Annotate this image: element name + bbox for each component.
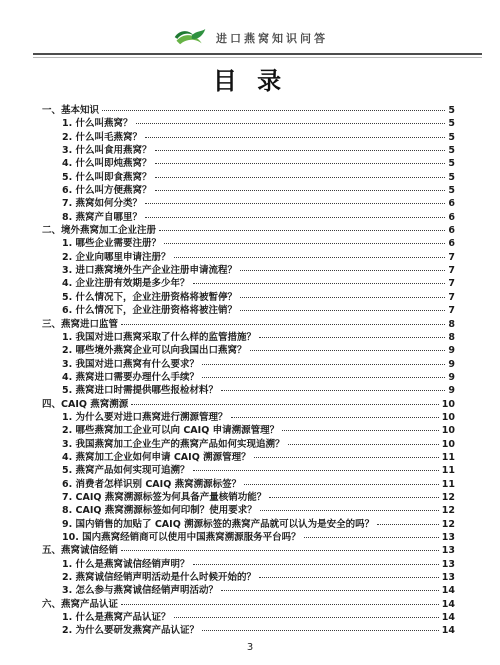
- toc-entry[interactable]: 1. 什么是燕窝诚信经销声明？ 13: [42, 558, 455, 571]
- dot-leader: [121, 324, 445, 325]
- toc-entry-label: 7. 燕窝如何分类？: [62, 197, 142, 210]
- toc-entry[interactable]: 2. 哪些境外燕窝企业可以向我国出口燕窝？ 9: [42, 344, 455, 357]
- toc-entry-label: 6. 什么情况下，企业注册资格将被注销？: [62, 304, 237, 317]
- toc-entry-page: 8: [448, 331, 455, 344]
- toc-entry[interactable]: 六、燕窝产品认证 14: [42, 598, 455, 611]
- dot-leader: [145, 217, 445, 218]
- toc-entry-page: 12: [442, 491, 455, 504]
- dot-leader: [259, 337, 445, 338]
- dot-leader: [155, 190, 446, 191]
- dot-leader: [221, 390, 445, 391]
- toc-entry[interactable]: 8. 燕窝产自哪里？ 6: [42, 211, 455, 224]
- toc-entry-page: 14: [442, 624, 455, 637]
- toc-entry[interactable]: 6. 消费者怎样识别 CAIQ 燕窝溯源标签？ 11: [42, 478, 455, 491]
- dot-leader: [159, 230, 445, 231]
- dot-leader: [254, 457, 439, 458]
- toc-entry-label: 1. 我国对进口燕窝采取了什么样的监管措施？: [62, 331, 256, 344]
- toc-entry-label: 6. 消费者怎样识别 CAIQ 燕窝溯源标签？: [62, 478, 241, 491]
- toc-entry[interactable]: 5. 什么情况下，企业注册资格将被暂停？ 7: [42, 291, 455, 304]
- toc-entry[interactable]: 3. 怎么参与燕窝诚信经销声明活动？ 14: [42, 584, 455, 597]
- toc-entry-label: 四、CAIQ 燕窝溯源: [42, 398, 128, 411]
- toc-entry-page: 14: [442, 584, 455, 597]
- toc-entry-page: 10: [442, 438, 455, 451]
- dot-leader: [145, 203, 445, 204]
- toc-entry[interactable]: 4. 燕窝加工企业如何申请 CAIQ 溯源管理？ 11: [42, 451, 455, 464]
- toc-entry-label: 5. 燕窝进口时需提供哪些报检材料？: [62, 384, 218, 397]
- toc-entry-page: 8: [448, 318, 455, 331]
- toc-entry-label: 2. 为什么要研发燕窝产品认证？: [62, 624, 199, 637]
- dot-leader: [221, 590, 439, 591]
- dot-leader: [136, 123, 446, 124]
- toc-entry-label: 2. 燕窝诚信经销声明活动是什么时候开始的？: [62, 571, 256, 584]
- toc-entry-page: 10: [442, 398, 455, 411]
- dot-leader: [102, 110, 445, 111]
- dot-leader: [121, 604, 439, 605]
- toc-entry-label: 2. 哪些境外燕窝企业可以向我国出口燕窝？: [62, 344, 247, 357]
- toc-entry[interactable]: 4. 什么叫即炖燕窝？ 5: [42, 157, 455, 170]
- toc-entry[interactable]: 1. 什么叫燕窝？ 5: [42, 117, 455, 130]
- toc-entry-page: 12: [442, 504, 455, 517]
- toc-entry-label: 3. 我国燕窝加工企业生产的燕窝产品如何实现追溯？: [62, 438, 285, 451]
- toc-entry[interactable]: 2. 企业向哪里申请注册？ 7: [42, 251, 455, 264]
- toc-entry[interactable]: 三、燕窝进口监管 8: [42, 318, 455, 331]
- dot-leader: [121, 550, 439, 551]
- toc-entry-label: 六、燕窝产品认证: [42, 598, 118, 611]
- toc-entry[interactable]: 1. 哪些企业需要注册？ 6: [42, 237, 455, 250]
- dot-leader: [164, 243, 445, 244]
- toc-entry-label: 4. 企业注册有效期是多少年？: [62, 277, 190, 290]
- toc-entry-page: 6: [448, 224, 455, 237]
- toc-entry[interactable]: 3. 进口燕窝境外生产企业注册申请流程？ 7: [42, 264, 455, 277]
- dot-leader: [155, 150, 446, 151]
- toc-entry-page: 7: [448, 264, 455, 277]
- toc-entry-label: 3. 什么叫食用燕窝？: [62, 144, 152, 157]
- toc-entry-label: 2. 哪些燕窝加工企业可以向 CAIQ 申请溯源管理？: [62, 424, 279, 437]
- toc-entry-label: 5. 什么情况下，企业注册资格将被暂停？: [62, 291, 237, 304]
- toc-entry[interactable]: 7. CAIQ 燕窝溯源标签为何具备产量核销功能？ 12: [42, 491, 455, 504]
- dot-leader: [202, 630, 439, 631]
- toc-entry-page: 13: [442, 531, 455, 544]
- toc-entry-label: 8. CAIQ 燕窝溯源标签如何印制？使用要求？: [62, 504, 257, 517]
- toc-entry-page: 5: [448, 131, 455, 144]
- toc-entry-page: 13: [442, 571, 455, 584]
- document-page: 进口燕窝知识问答 目 录 一、基本知识 5 1. 什么叫燕窝？ 5 2. 什么叫…: [0, 0, 500, 665]
- toc-entry-label: 9. 国内销售的加贴了 CAIQ 溯源标签的燕窝产品就可以认为是安全的吗？: [62, 518, 374, 531]
- toc-entry-label: 3. 怎么参与燕窝诚信经销声明活动？: [62, 584, 218, 597]
- brand-title: 进口燕窝知识问答: [216, 30, 328, 46]
- toc-entry-page: 5: [448, 144, 455, 157]
- toc-entry-label: 2. 企业向哪里申请注册？: [62, 251, 171, 264]
- toc-entry-label: 3. 我国对进口燕窝有什么要求？: [62, 358, 199, 371]
- header-divider: [33, 53, 482, 58]
- page-header: 进口燕窝知识问答: [0, 0, 500, 49]
- dot-leader: [145, 137, 445, 138]
- toc-entry[interactable]: 3. 我国燕窝加工企业生产的燕窝产品如何实现追溯？ 10: [42, 438, 455, 451]
- toc-entry-page: 7: [448, 251, 455, 264]
- toc-entry-page: 9: [448, 371, 455, 384]
- dot-leader: [240, 270, 445, 271]
- toc-entry-label: 3. 进口燕窝境外生产企业注册申请流程？: [62, 264, 237, 277]
- dot-leader: [282, 430, 439, 431]
- toc-entry-page: 9: [448, 344, 455, 357]
- toc-entry[interactable]: 5. 燕窝产品如何实现可追溯？ 11: [42, 464, 455, 477]
- toc-entry-label: 1. 什么叫燕窝？: [62, 117, 133, 130]
- dot-leader: [240, 310, 445, 311]
- dot-leader: [244, 484, 439, 485]
- toc-entry[interactable]: 1. 为什么要对进口燕窝进行溯源管理？ 10: [42, 411, 455, 424]
- toc-entry-page: 6: [448, 211, 455, 224]
- toc-entry[interactable]: 6. 什么叫方便燕窝？ 5: [42, 184, 455, 197]
- dot-leader: [155, 177, 446, 178]
- toc-entry[interactable]: 2. 哪些燕窝加工企业可以向 CAIQ 申请溯源管理？ 10: [42, 424, 455, 437]
- dot-leader: [174, 617, 439, 618]
- dot-leader: [250, 350, 446, 351]
- toc-entry-page: 6: [448, 197, 455, 210]
- toc-entry-label: 8. 燕窝产自哪里？: [62, 211, 142, 224]
- toc-entry-page: 5: [448, 117, 455, 130]
- toc-entry[interactable]: 1. 我国对进口燕窝采取了什么样的监管措施？ 8: [42, 331, 455, 344]
- toc-entry[interactable]: 7. 燕窝如何分类？ 6: [42, 197, 455, 210]
- toc-entry-page: 13: [442, 544, 455, 557]
- toc-entry-label: 4. 什么叫即炖燕窝？: [62, 157, 152, 170]
- dot-leader: [131, 404, 439, 405]
- toc-entry[interactable]: 6. 什么情况下，企业注册资格将被注销？ 7: [42, 304, 455, 317]
- toc-entry-label: 5. 什么叫即食燕窝？: [62, 171, 152, 184]
- toc-entry-page: 5: [448, 184, 455, 197]
- toc-entry-label: 5. 燕窝产品如何实现可追溯？: [62, 464, 190, 477]
- dot-leader: [202, 364, 445, 365]
- toc-entry-label: 1. 哪些企业需要注册？: [62, 237, 161, 250]
- toc-entry[interactable]: 2. 什么叫毛燕窝？ 5: [42, 131, 455, 144]
- page-number: 3: [0, 642, 500, 653]
- toc-entry-page: 5: [448, 157, 455, 170]
- toc-entry[interactable]: 一、基本知识 5: [42, 104, 455, 117]
- toc-entry[interactable]: 3. 什么叫食用燕窝？ 5: [42, 144, 455, 157]
- dot-leader: [377, 524, 439, 525]
- toc-entry-page: 12: [442, 518, 455, 531]
- dot-leader: [259, 577, 439, 578]
- toc-entry-label: 6. 什么叫方便燕窝？: [62, 184, 152, 197]
- dot-leader: [155, 163, 446, 164]
- toc-entry-page: 5: [448, 104, 455, 117]
- dot-leader: [202, 377, 445, 378]
- toc-entry-label: 1. 什么是燕窝诚信经销声明？: [62, 558, 190, 571]
- toc-entry-page: 7: [448, 304, 455, 317]
- toc-entry-label: 7. CAIQ 燕窝溯源标签为何具备产量核销功能？: [62, 491, 266, 504]
- toc-entry-page: 9: [448, 384, 455, 397]
- dot-leader: [304, 537, 439, 538]
- dot-leader: [231, 417, 439, 418]
- dot-leader: [193, 564, 439, 565]
- toc-entry-page: 11: [442, 451, 455, 464]
- toc-entry-page: 13: [442, 558, 455, 571]
- toc-entry-label: 五、燕窝诚信经销: [42, 544, 118, 557]
- toc-entry[interactable]: 二、境外燕窝加工企业注册 6: [42, 224, 455, 237]
- toc-entry-page: 6: [448, 237, 455, 250]
- toc-entry-page: 7: [448, 277, 455, 290]
- toc-entry[interactable]: 4. 企业注册有效期是多少年？ 7: [42, 277, 455, 290]
- toc-entry-label: 4. 燕窝进口需要办理什么手续？: [62, 371, 199, 384]
- dot-leader: [193, 283, 446, 284]
- dot-leader: [193, 470, 439, 471]
- toc-entry[interactable]: 5. 燕窝进口时需提供哪些报检材料？ 9: [42, 384, 455, 397]
- swallow-logo-icon: [172, 27, 208, 49]
- toc-entry-page: 7: [448, 291, 455, 304]
- toc-entry[interactable]: 四、CAIQ 燕窝溯源 10: [42, 398, 455, 411]
- toc-entry-label: 4. 燕窝加工企业如何申请 CAIQ 溯源管理？: [62, 451, 251, 464]
- dot-leader: [174, 257, 446, 258]
- toc-entry-page: 10: [442, 424, 455, 437]
- toc-entry[interactable]: 8. CAIQ 燕窝溯源标签如何印制？使用要求？ 12: [42, 504, 455, 517]
- dot-leader: [288, 444, 439, 445]
- toc-entry[interactable]: 5. 什么叫即食燕窝？ 5: [42, 171, 455, 184]
- toc-entry-page: 9: [448, 358, 455, 371]
- toc-entry-page: 14: [442, 598, 455, 611]
- page-title: 目 录: [0, 67, 500, 95]
- toc-entry-label: 一、基本知识: [42, 104, 99, 117]
- toc-entry-page: 11: [442, 478, 455, 491]
- toc-entry-label: 1. 什么是燕窝产品认证？: [62, 611, 171, 624]
- toc-entry-page: 14: [442, 611, 455, 624]
- toc-entry-label: 1. 为什么要对进口燕窝进行溯源管理？: [62, 411, 228, 424]
- toc-entry[interactable]: 9. 国内销售的加贴了 CAIQ 溯源标签的燕窝产品就可以认为是安全的吗？ 12: [42, 518, 455, 531]
- toc-entry[interactable]: 4. 燕窝进口需要办理什么手续？ 9: [42, 371, 455, 384]
- toc-entry-page: 5: [448, 171, 455, 184]
- dot-leader: [260, 510, 439, 511]
- dot-leader: [240, 297, 445, 298]
- toc-entry[interactable]: 2. 为什么要研发燕窝产品认证？ 14: [42, 624, 455, 637]
- toc-list: 一、基本知识 5 1. 什么叫燕窝？ 5 2. 什么叫毛燕窝？ 5 3. 什么叫…: [42, 104, 455, 638]
- toc-entry[interactable]: 五、燕窝诚信经销 13: [42, 544, 455, 557]
- toc-entry[interactable]: 10. 国内燕窝经销商可以使用中国燕窝溯源服务平台吗？ 13: [42, 531, 455, 544]
- toc-entry-label: 二、境外燕窝加工企业注册: [42, 224, 156, 237]
- toc-entry-label: 三、燕窝进口监管: [42, 318, 118, 331]
- toc-entry-label: 2. 什么叫毛燕窝？: [62, 131, 142, 144]
- toc-entry[interactable]: 1. 什么是燕窝产品认证？ 14: [42, 611, 455, 624]
- toc-entry-page: 10: [442, 411, 455, 424]
- toc-entry[interactable]: 3. 我国对进口燕窝有什么要求？ 9: [42, 358, 455, 371]
- toc-entry-page: 11: [442, 464, 455, 477]
- toc-entry[interactable]: 2. 燕窝诚信经销声明活动是什么时候开始的？ 13: [42, 571, 455, 584]
- toc-entry-label: 10. 国内燕窝经销商可以使用中国燕窝溯源服务平台吗？: [62, 531, 301, 544]
- dot-leader: [269, 497, 438, 498]
